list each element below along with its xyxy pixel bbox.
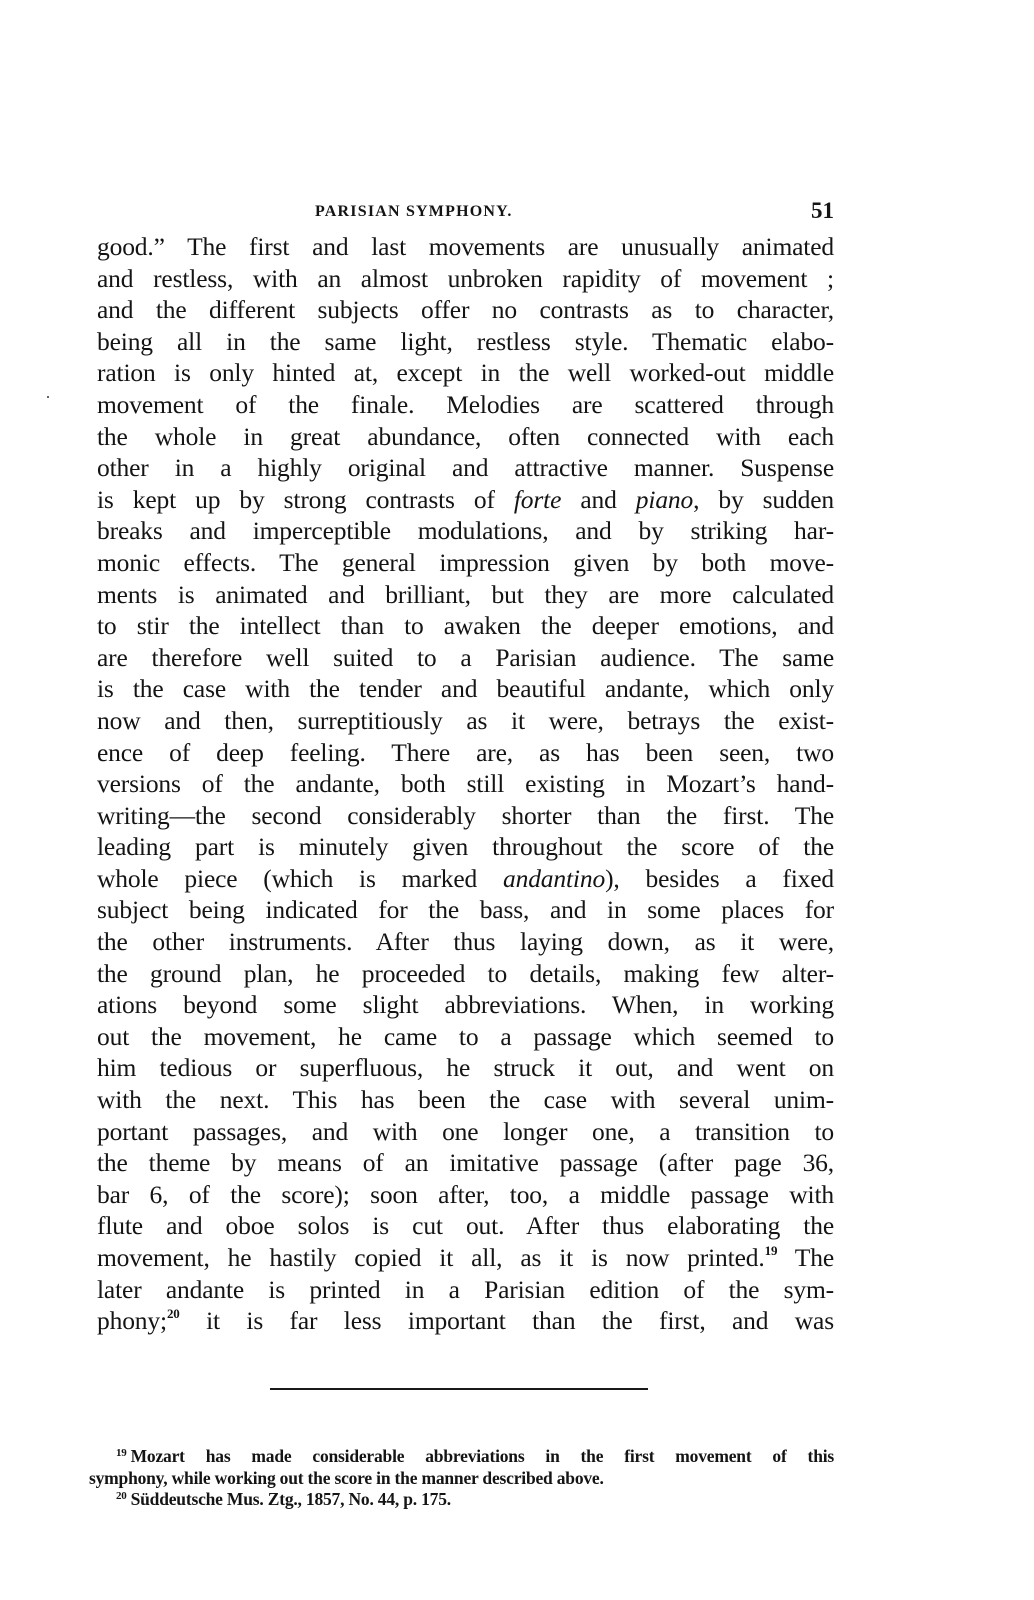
text-line: and restless, with an almost unbroken ra…: [97, 263, 834, 295]
footnote-20: 20Süddeutsche Mus. Ztg., 1857, No. 44, p…: [89, 1489, 834, 1511]
text-line: now and then, surreptitiously as it were…: [97, 705, 834, 737]
text-line: the ground plan, he proceeded to details…: [97, 958, 834, 990]
text-line: phony;20 it is far less important than t…: [97, 1305, 834, 1337]
text-line: bar 6, of the score); soon after, too, a…: [97, 1179, 834, 1211]
italic-term-andantino: andantino: [503, 864, 605, 893]
text-line: are therefore well suited to a Parisian …: [97, 642, 834, 674]
text-line: being all in the same light, restless st…: [97, 326, 834, 358]
text-run: phony;: [97, 1306, 167, 1335]
body-text: good.” The first and last movements are …: [97, 231, 834, 1337]
text-run: it is far less important than the first,…: [180, 1306, 834, 1335]
text-line: ration is only hinted at, except in the …: [97, 357, 834, 389]
text-run: whole piece (which is marked: [97, 864, 503, 893]
footnotes: 19Mozart has made considerable abbreviat…: [89, 1446, 834, 1511]
text-line: versions of the andante, both still exis…: [97, 768, 834, 800]
text-line: and the different subjects offer no cont…: [97, 294, 834, 326]
footnote-ref-19[interactable]: 19: [765, 1243, 778, 1258]
scan-artifact-dot: [47, 396, 49, 398]
book-page: PARISIAN SYMPHONY. 51 good.” The first a…: [0, 0, 1034, 1600]
text-run: , by sudden: [693, 485, 834, 514]
text-run: and: [561, 485, 635, 514]
text-line: subject being indicated for the bass, an…: [97, 894, 834, 926]
text-line: ations beyond some slight abbreviations.…: [97, 989, 834, 1021]
text-line: ments is animated and brilliant, but the…: [97, 579, 834, 611]
text-line: movement, he hastily copied it all, as i…: [97, 1242, 834, 1274]
text-line: with the next. This has been the case wi…: [97, 1084, 834, 1116]
text-run: movement, he hastily copied it all, as i…: [97, 1243, 765, 1272]
footnote-text: Süddeutsche Mus. Ztg., 1857, No. 44, p. …: [131, 1489, 451, 1509]
footnote-19: 19Mozart has made considerable abbreviat…: [89, 1446, 834, 1468]
text-line: other in a highly original and attractiv…: [97, 452, 834, 484]
text-line: out the movement, he came to a passage w…: [97, 1021, 834, 1053]
text-line: to stir the intellect than to awaken the…: [97, 610, 834, 642]
text-run: The: [777, 1243, 834, 1272]
text-line: ence of deep feeling. There are, as has …: [97, 737, 834, 769]
footnote-19-continued: symphony, while working out the score in…: [89, 1468, 834, 1490]
text-line: is kept up by strong contrasts of forte …: [97, 484, 834, 516]
text-line: leading part is minutely given throughou…: [97, 831, 834, 863]
text-line: monic effects. The general impression gi…: [97, 547, 834, 579]
italic-term-forte: forte: [514, 485, 561, 514]
text-line: flute and oboe solos is cut out. After t…: [97, 1210, 834, 1242]
text-line: later andante is printed in a Parisian e…: [97, 1274, 834, 1306]
footnote-number: 20: [116, 1490, 127, 1502]
text-line: the other instruments. After thus laying…: [97, 926, 834, 958]
text-line: the theme by means of an imitative passa…: [97, 1147, 834, 1179]
footnote-number: 19: [116, 1447, 127, 1459]
text-line: portant passages, and with one longer on…: [97, 1116, 834, 1148]
italic-term-piano: piano: [636, 485, 693, 514]
running-header: PARISIAN SYMPHONY. 51: [97, 198, 834, 228]
footnote-text: Mozart has made considerable abbreviatio…: [131, 1446, 834, 1466]
footnote-separator-rule: [270, 1388, 648, 1390]
text-line: writing—the second considerably shorter …: [97, 800, 834, 832]
text-line: is the case with the tender and beautifu…: [97, 673, 834, 705]
text-line: whole piece (which is marked andantino),…: [97, 863, 834, 895]
text-line: movement of the finale. Melodies are sca…: [97, 389, 834, 421]
page-number: 51: [811, 198, 834, 224]
text-run: ), besides a fixed: [605, 864, 834, 893]
text-line: him tedious or superfluous, he struck it…: [97, 1052, 834, 1084]
text-line: breaks and imperceptible modulations, an…: [97, 515, 834, 547]
running-title: PARISIAN SYMPHONY.: [315, 203, 513, 221]
text-line: good.” The first and last movements are …: [97, 231, 834, 263]
text-line: the whole in great abundance, often conn…: [97, 421, 834, 453]
text-run: is kept up by strong contrasts of: [97, 485, 514, 514]
footnote-ref-20[interactable]: 20: [167, 1306, 180, 1321]
